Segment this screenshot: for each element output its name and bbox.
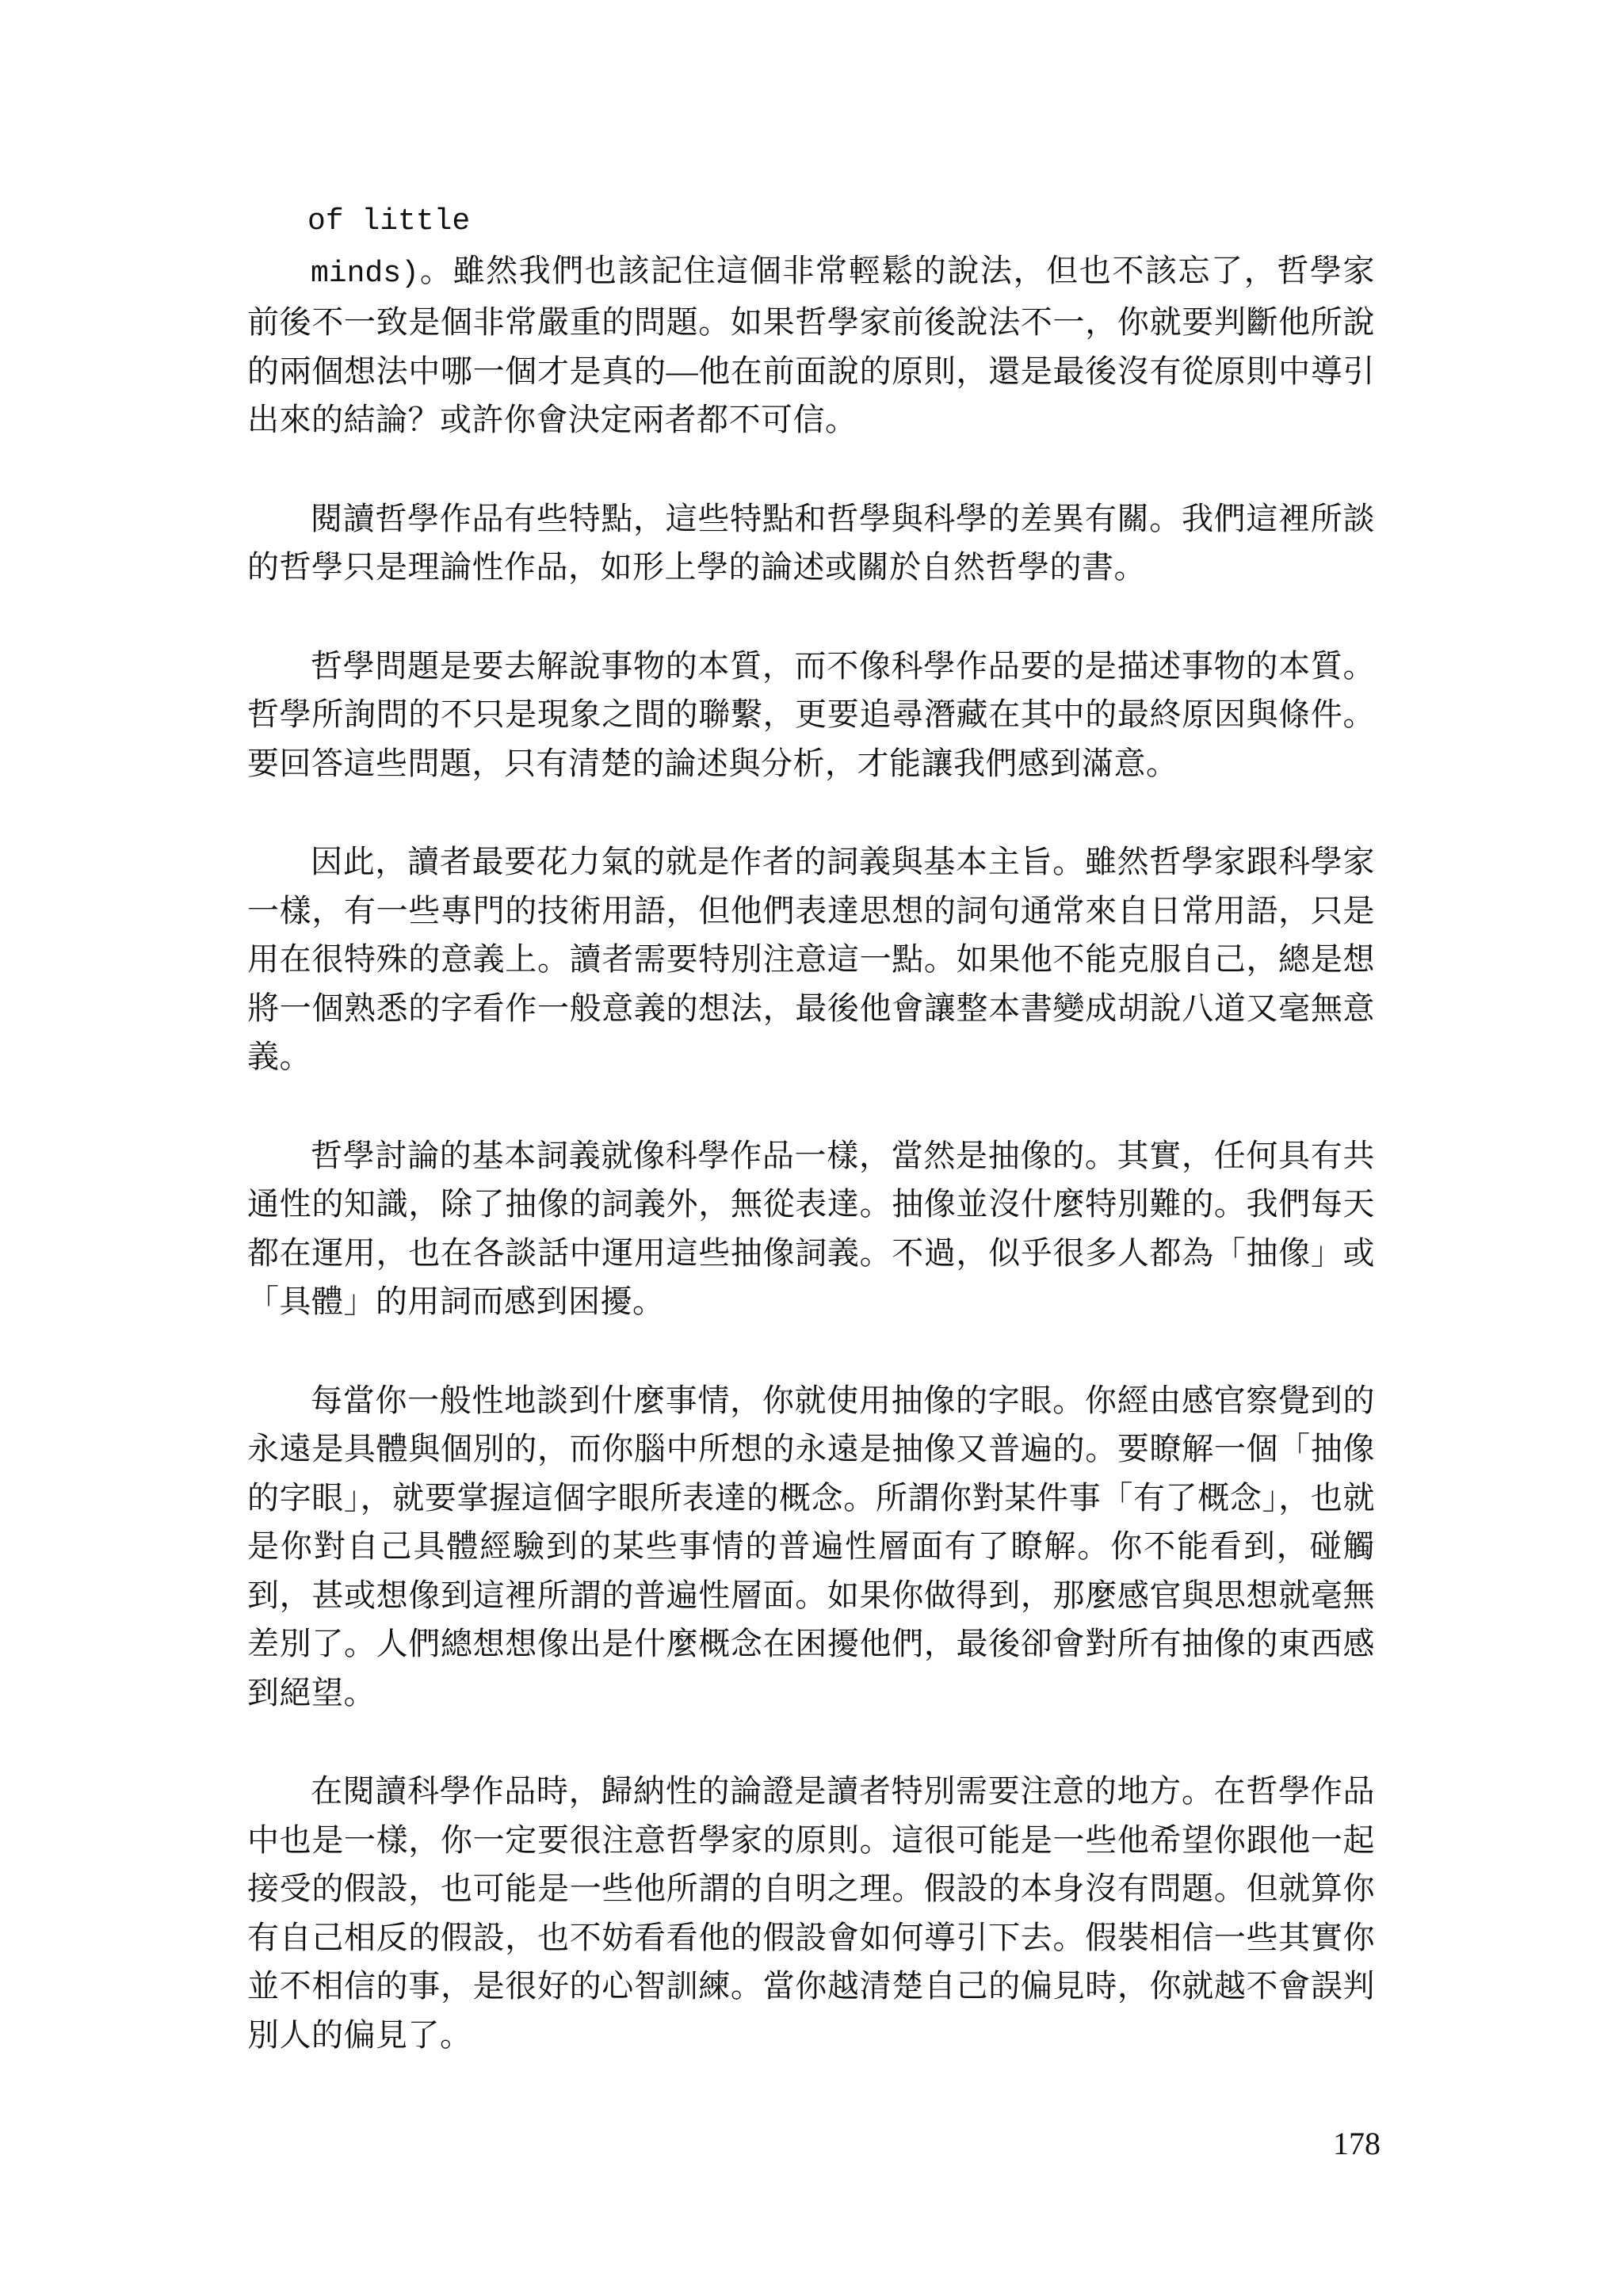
paragraph-text: 在閱讀科學作品時，歸納性的論證是讀者特別需要注意的地方。在哲學作品中也是一樣，你… (247, 1773, 1375, 2053)
latin-fragment: minds) (311, 257, 419, 291)
body-paragraph: 在閱讀科學作品時，歸納性的論證是讀者特別需要注意的地方。在哲學作品中也是一樣，你… (247, 1767, 1375, 2059)
body-paragraph: 哲學討論的基本詞義就像科學作品一樣，當然是抽像的。其實，任何具有共通性的知識，除… (247, 1131, 1375, 1326)
body-paragraph: 閱讀哲學作品有些特點，這些特點和哲學與科學的差異有關。我們這裡所談的哲學只是理論… (247, 494, 1375, 592)
paragraph-text: 閱讀哲學作品有些特點，這些特點和哲學與科學的差異有關。我們這裡所談的哲學只是理論… (247, 501, 1375, 585)
body-paragraph: 哲學問題是要去解說事物的本質，而不像科學作品要的是描述事物的本質。哲學所詢問的不… (247, 642, 1375, 788)
text-block: of little minds)。雖然我們也該記住這個非常輕鬆的說法，但也不該忘… (247, 197, 1375, 2109)
body-paragraph: 因此，讀者最要花力氣的就是作者的詞義與基本主旨。雖然哲學家跟科學家一樣，有一些專… (247, 837, 1375, 1081)
page-number: 178 (1333, 2125, 1381, 2162)
paragraph-text: 每當你一般性地談到什麼事情，你就使用抽像的字眼。你經由感官察覺到的永遠是具體與個… (247, 1383, 1375, 1711)
paragraph-text: 因此，讀者最要花力氣的就是作者的詞義與基本主旨。雖然哲學家跟科學家一樣，有一些專… (247, 844, 1375, 1074)
paragraph-text: 哲學問題是要去解說事物的本質，而不像科學作品要的是描述事物的本質。哲學所詢問的不… (247, 648, 1375, 781)
paragraph-text: 哲學討論的基本詞義就像科學作品一樣，當然是抽像的。其實，任何具有共通性的知識，除… (247, 1138, 1375, 1320)
body-paragraph: minds)。雖然我們也該記住這個非常輕鬆的說法，但也不該忘了，哲學家前後不一致… (247, 246, 1375, 444)
book-page: of little minds)。雖然我們也該記住這個非常輕鬆的說法，但也不該忘… (0, 0, 1623, 2296)
overflow-text-line: of little (247, 197, 1375, 246)
body-paragraph: 每當你一般性地談到什麼事情，你就使用抽像的字眼。你經由感官察覺到的永遠是具體與個… (247, 1376, 1375, 1718)
